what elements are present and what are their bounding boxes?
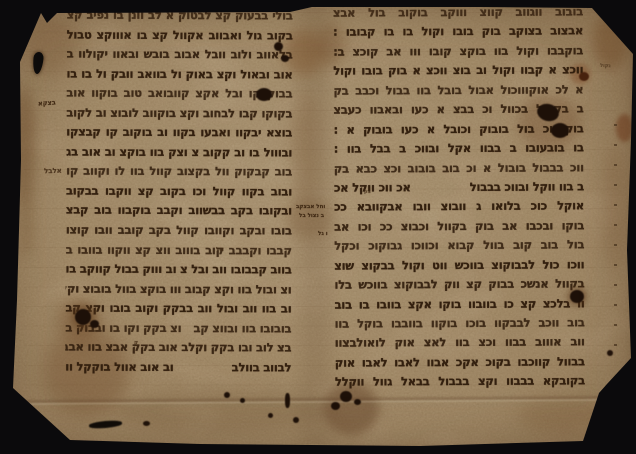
parchment: בולי בבעוק קצ לבטוק א לב וונן בו נפיב קצ…	[0, 0, 636, 454]
edge-vignette	[0, 0, 636, 454]
manuscript-photo: בולי בבעוק קצ לבטוק א לב וונן בו נפיב קצ…	[0, 0, 636, 454]
